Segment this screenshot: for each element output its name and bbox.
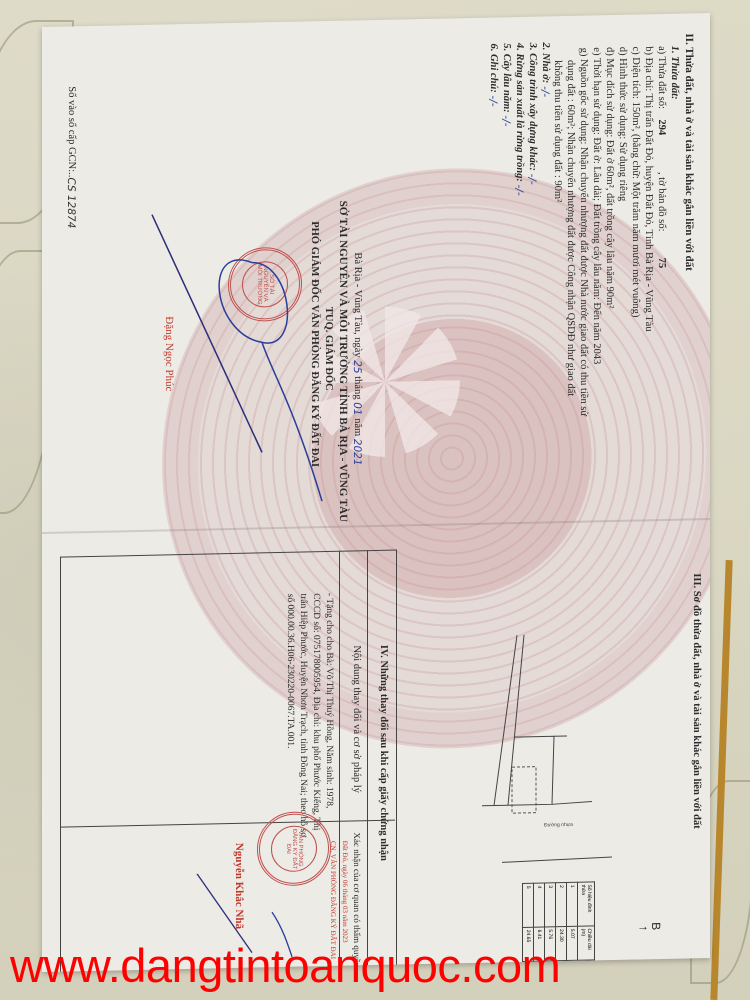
origin-row-2: dụng đất : 60m²; Nhận chuyển nhượng đất … [564,60,577,397]
registry-number-value: CS 12874 [65,177,77,228]
notes-row: 6. Ghi chú: -/- [486,43,500,106]
land-certificate-sheet: II. Thửa đất, nhà ở và tài sản khác gắn … [42,13,710,972]
usage-term-row: e) Thời hạn sử dụng: Đất ở: Lâu dài; Đất… [590,47,603,364]
parcel-number-row: a) Thửa đất số: 294 , tờ bản đồ số: 75 [655,46,668,268]
parcel-number-value: 294 [656,119,667,135]
section-iii-title: III. Sơ đồ thửa đất, nhà ở và tài sản kh… [690,573,703,829]
other-construction-row: 3. Công trình xây dựng khác: -/- [525,43,539,185]
parcel-number-label: a) Thửa đất số: [656,46,667,109]
confirm-date: Đất Đỏ, ngày 06 tháng 03 năm 2023 [338,841,351,943]
change-entry-line-1: - Tặng cho cho Bà: Võ Thị Thuý Hồng, Năm… [322,593,335,809]
address-row: b) Địa chỉ: Thị trấn Đất Đỏ, huyện Đất Đ… [642,46,655,332]
origin-row-3: không thu tiền sử dụng đất : 90m² [551,60,564,202]
signing-year: 2021 [351,439,363,466]
confirm-signer-name: Nguyễn Khắc Nhã [232,843,245,929]
section-iv-title: IV. Những thay đổi sau khi cấp giấy chứn… [377,645,390,861]
planted-forest-row: 4. Rừng sản xuất là rừng trồng: -/- [512,43,526,196]
signing-date-line: Bà Rịa - Vũng Tàu, ngày 25 tháng 01 năm … [350,252,364,465]
origin-row-1: g) Nguồn gốc sử dụng: Nhận chuyển nhượng… [577,48,590,417]
signing-month: 01 [351,402,363,416]
table-divider [367,550,368,965]
registry-number: Số vào sổ cấp GCN:..CS 12874 [64,86,78,228]
perennial-trees-row: 5. Cây lâu năm: -/- [499,43,513,126]
usage-purpose-row: đ) Mục đích sử dụng: Đất ở 60m², đất trồ… [603,47,616,309]
map-sheet-value: 75 [656,258,667,269]
site-watermark: www.dangtintoanquoc.com [10,938,560,993]
section-ii-title: II. Thửa đất, nhà ở và tài sản khác gắn … [682,33,695,271]
svg-text:Đường nhựa: Đường nhựa [544,822,573,829]
usage-form-row: d) Hình thức sử dụng: Sử dụng riêng [616,47,629,202]
col-content-header: Nội dung thay đổi và cơ sở pháp lý [350,645,363,793]
north-arrow-icon: →B [637,919,662,934]
change-entry-line-2: CCCD số: 075178005954, Địa chỉ: khu phố … [309,593,322,830]
change-entry-line-4: số 000.00.36.H06-230220-0067.TA.001. [283,594,296,749]
house-row: 2. Nhà ở: -/- [538,42,552,97]
map-sheet-label: , tờ bản đồ số: [656,172,667,232]
signer-name: Đặng Ngọc Phúc [162,316,175,391]
change-entry-line-3: trấn Hiệp Phước, Huyện Nhơn Trạch, tỉnh … [296,593,309,837]
area-row: c) Diện tích: 150m², (bằng chữ: Một trăm… [629,46,642,317]
section-ii-sub1: 1. Thửa đất: [668,46,681,100]
signing-day: 25 [351,360,363,374]
